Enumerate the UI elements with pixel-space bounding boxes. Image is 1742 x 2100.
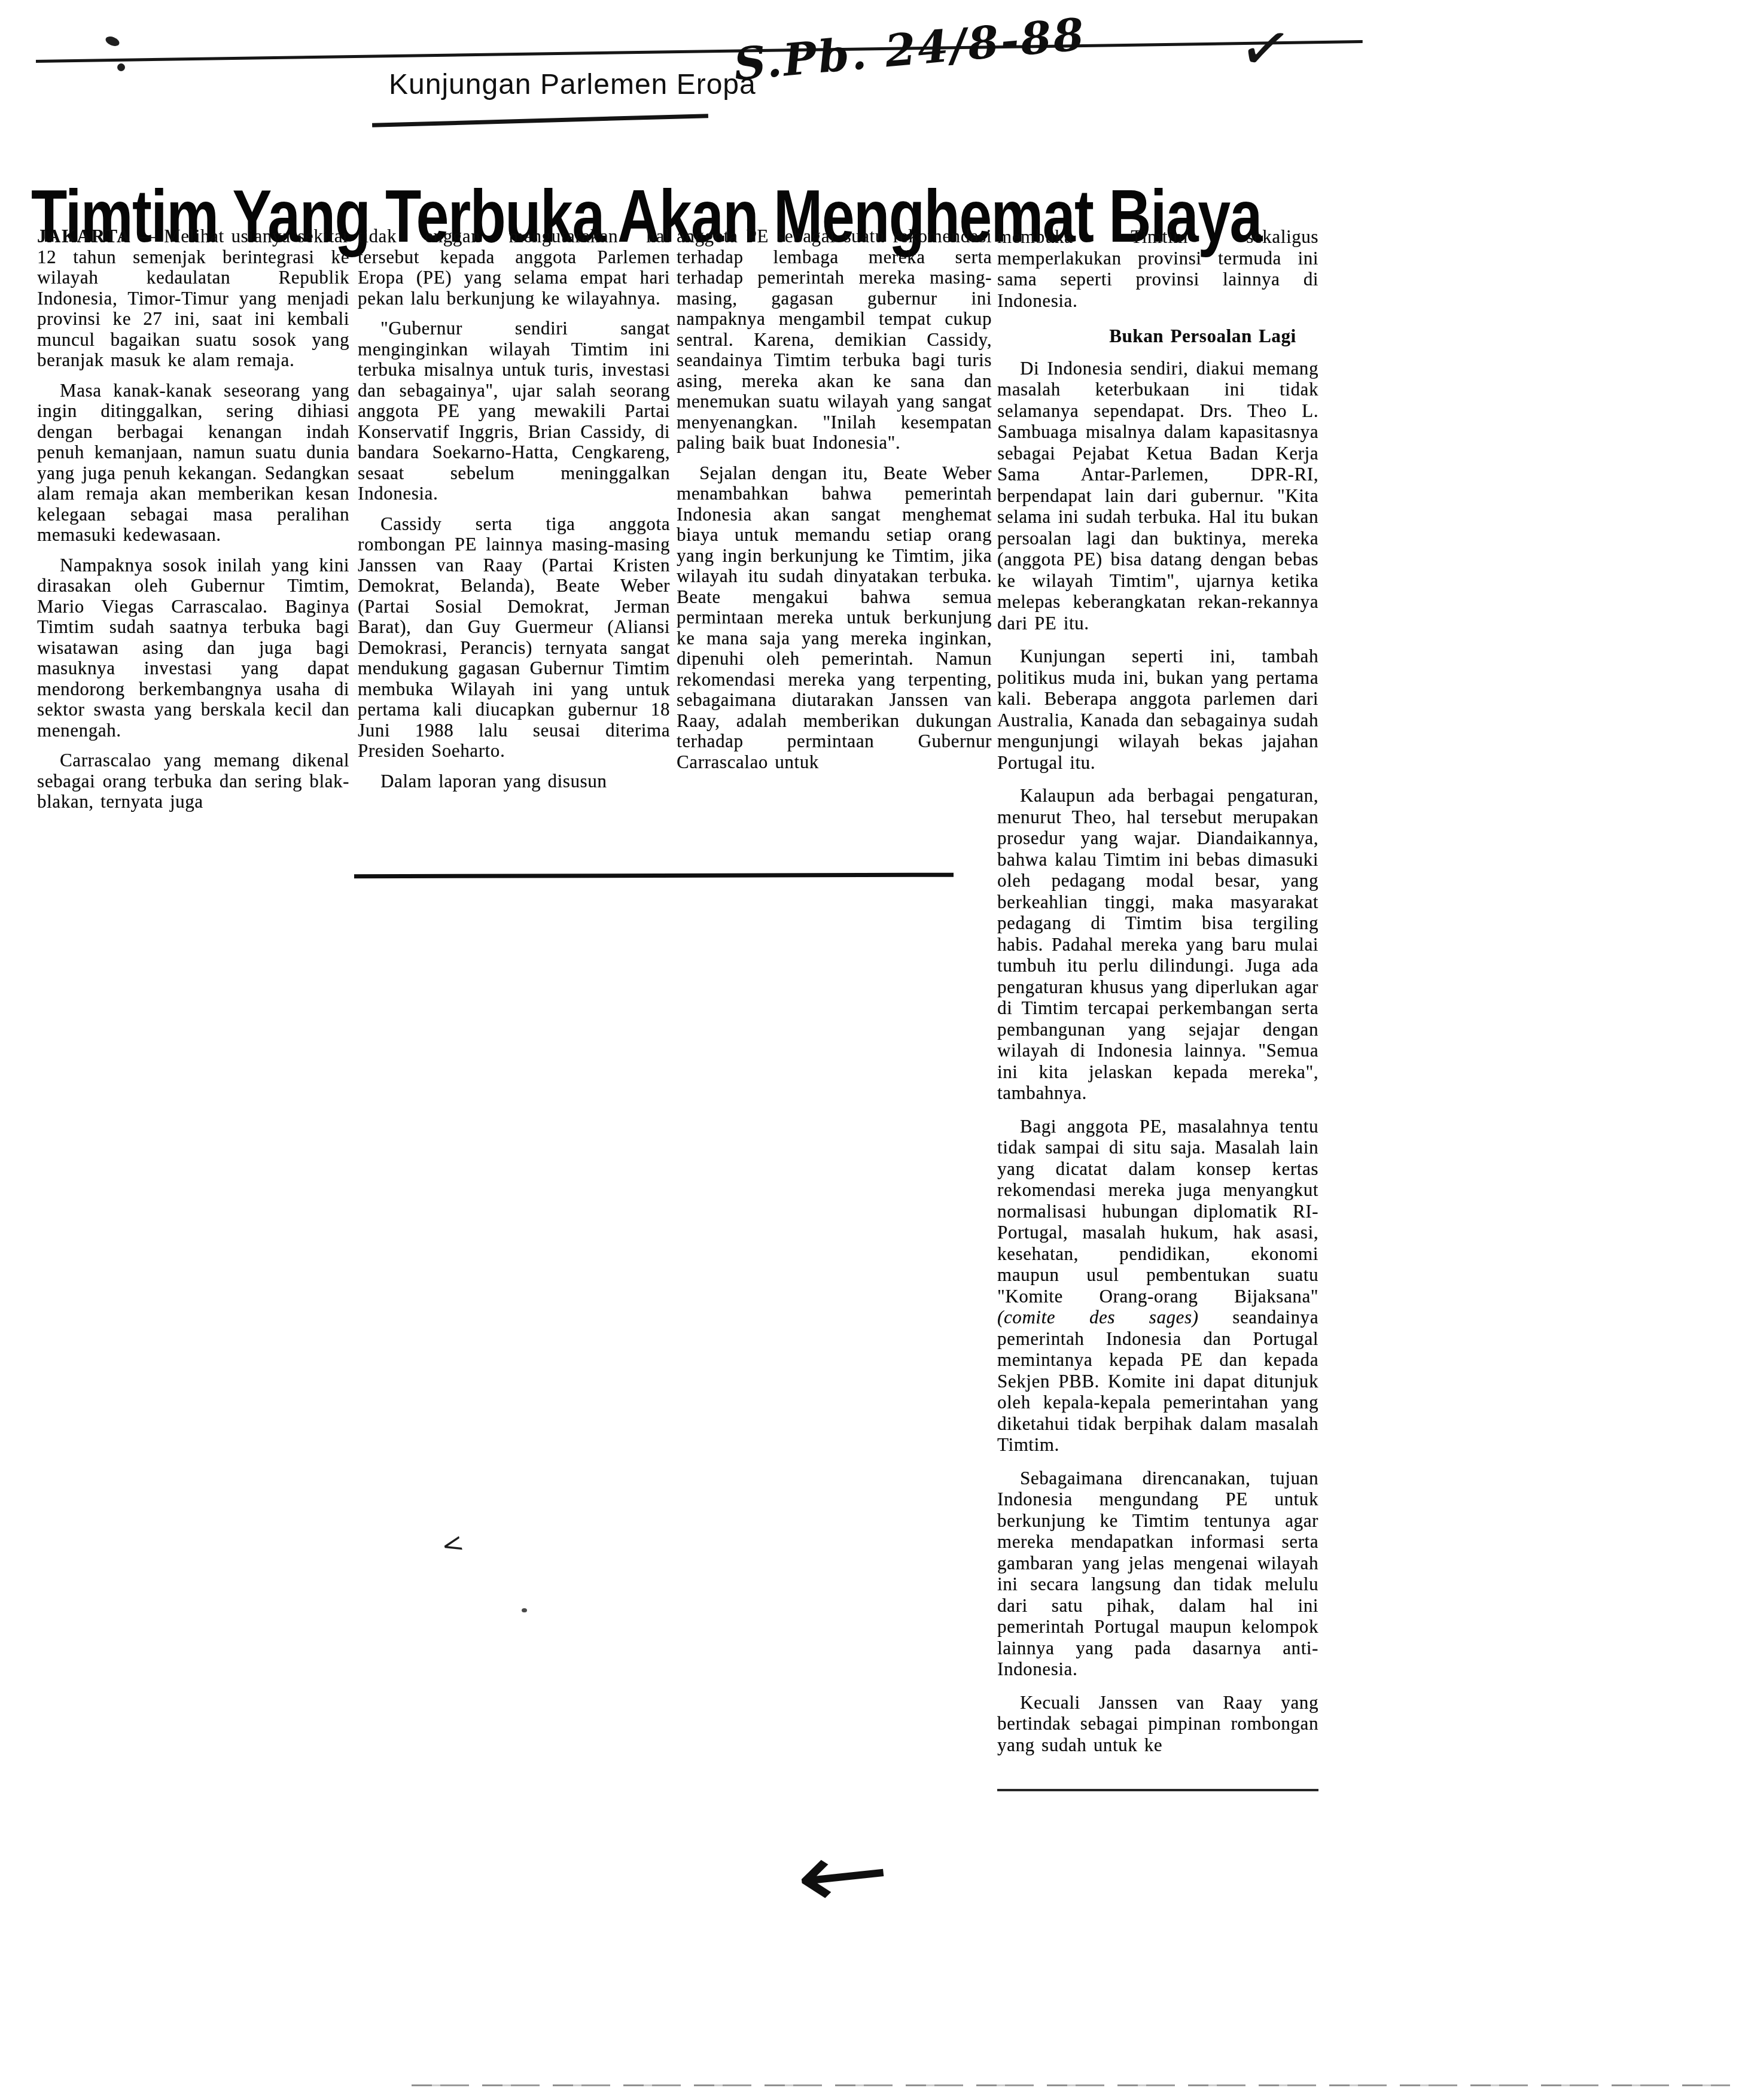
paragraph-text: seandainya pemerintah Indonesia dan Port…: [997, 1307, 1318, 1455]
handwritten-date-annotation: S.Pb. 24/8-88: [732, 8, 1088, 90]
article-paragraph: JAKARTA — Melihat usianya sekitar 12 tah…: [37, 226, 349, 371]
article-paragraph: Cassidy serta tiga anggota rombongan PE …: [358, 514, 670, 762]
article-kicker: Kunjungan Parlemen Eropa: [389, 68, 756, 101]
article-paragraph: tidak enggan mengutarakan hal tersebut k…: [358, 226, 670, 309]
column-end-rule: [997, 1789, 1318, 1791]
article-paragraph: Masa kanak-kanak seseorang yang ingin di…: [37, 381, 349, 546]
article-paragraph: "Gubernur sendiri sangat menginginkan wi…: [358, 318, 670, 504]
columns-2-3-bottom-rule: [354, 873, 954, 879]
article-column-3: anggota PE sebagai suatu rekomendasi ter…: [677, 226, 992, 782]
clipping-bottom-edge-rule: [412, 2084, 1730, 2086]
article-paragraph: Sejalan dengan itu, Beate Weber menambah…: [677, 463, 992, 773]
dateline: JAKARTA: [37, 226, 131, 246]
article-paragraph: Nampaknya sosok inilah yang kini dirasak…: [37, 555, 349, 741]
article-paragraph: Carrascalao yang memang dikenal sebagai …: [37, 750, 349, 812]
ink-speck: [104, 35, 120, 48]
article-paragraph: Kecuali Janssen van Raay yang bertindak …: [997, 1692, 1318, 1756]
ink-speck: [117, 63, 125, 71]
article-paragraph: Kunjungan seperti ini, tambah politikus …: [997, 646, 1318, 773]
handwritten-arrow-left-icon: ←: [791, 1818, 895, 1931]
handwritten-margin-mark: <: [438, 1527, 467, 1562]
kicker-underline-rule: [372, 114, 708, 127]
article-subheading: Bukan Persoalan Lagi: [997, 325, 1318, 347]
article-column-4: membuka Timtim sekaligus memperlakukan p…: [997, 226, 1318, 1791]
article-paragraph: Dalam laporan yang disusun: [358, 771, 670, 792]
newspaper-clipping-page: Kunjungan Parlemen Eropa S.Pb. 24/8-88 ✓…: [0, 0, 1742, 2100]
handwritten-checkmark-icon: ✓: [1234, 8, 1297, 89]
article-paragraph: Di Indonesia sendiri, diakui memang masa…: [997, 358, 1318, 634]
ink-speck: [522, 1608, 527, 1612]
italic-phrase: (comite des sages): [997, 1307, 1199, 1328]
article-paragraph: membuka Timtim sekaligus memperlakukan p…: [997, 226, 1318, 311]
article-paragraph: anggota PE sebagai suatu rekomendasi ter…: [677, 226, 992, 454]
article-paragraph: Sebagaimana direncanakan, tujuan Indones…: [997, 1468, 1318, 1680]
article-paragraph: Kalaupun ada berbagai pengaturan, menuru…: [997, 785, 1318, 1104]
article-paragraph: Bagi anggota PE, masalahnya tentu tidak …: [997, 1116, 1318, 1456]
article-column-2: tidak enggan mengutarakan hal tersebut k…: [358, 226, 670, 801]
top-border-rule: [36, 40, 1363, 63]
paragraph-text: Bagi anggota PE, masalahnya tentu tidak …: [997, 1116, 1318, 1307]
paragraph-text: — Melihat usianya sekitar 12 tahun semen…: [37, 226, 349, 370]
article-column-1: JAKARTA — Melihat usianya sekitar 12 tah…: [37, 226, 349, 822]
